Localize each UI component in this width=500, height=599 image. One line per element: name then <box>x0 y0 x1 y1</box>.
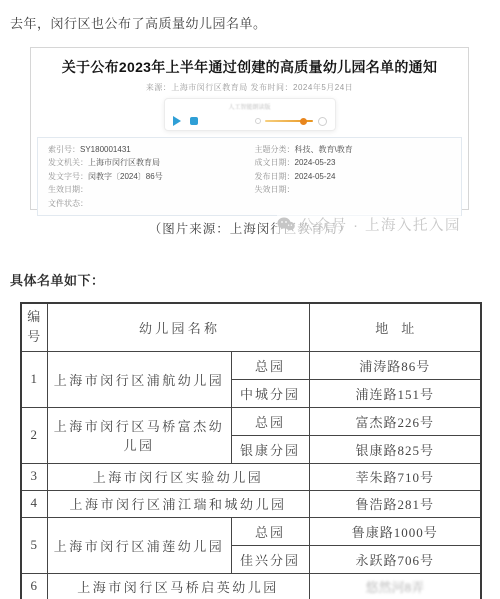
audio-slider[interactable] <box>255 117 327 126</box>
campus-address: 浦涛路86号 <box>309 351 481 379</box>
meta-label: 发文字号： <box>48 172 88 181</box>
meta-value: 科技、教育\教育 <box>295 145 353 154</box>
campus-label: 总园 <box>231 407 309 435</box>
meta-line: 生效日期： <box>48 183 255 196</box>
campus-address: 银康路825号 <box>309 435 481 463</box>
meta-line: 文件状态： <box>48 197 255 210</box>
kindergarten-name: 上海市闵行区浦江瑞和城幼儿园 <box>47 490 309 517</box>
campus-label: 中城分园 <box>231 379 309 407</box>
row-number: 4 <box>21 490 47 517</box>
row-number: 6 <box>21 573 47 599</box>
table-row: 3上海市闵行区实验幼儿园莘朱路710号 <box>21 463 481 490</box>
slider-track[interactable] <box>265 120 313 122</box>
table-row: 5上海市闵行区浦莲幼儿园总园鲁康路1000号 <box>21 517 481 545</box>
watermark-text: 公众号 · 上海入托入园 <box>300 214 461 235</box>
campus-label: 佳兴分园 <box>231 545 309 573</box>
document-meta-box: 索引号：SY180001431发文机关：上海市闵行区教育局发文字号：闵教字〔20… <box>37 137 462 216</box>
address: 莘朱路710号 <box>309 463 481 490</box>
play-icon[interactable] <box>173 116 181 126</box>
watermark: 公众号 · 上海入托入园 <box>277 214 461 235</box>
meta-label: 成文日期： <box>255 158 295 167</box>
meta-line: 索引号：SY180001431 <box>48 143 255 156</box>
slider-start-icon <box>255 118 261 124</box>
meta-label: 失效日期： <box>255 185 295 194</box>
stop-icon[interactable] <box>190 117 198 125</box>
loop-circle-icon[interactable] <box>318 117 327 126</box>
audio-player-controls <box>173 116 327 126</box>
meta-line: 发文字号：闵教字〔2024〕86号 <box>48 170 255 183</box>
row-number: 1 <box>21 351 47 407</box>
kindergarten-name: 上海市闵行区马桥启英幼儿园 <box>47 573 309 599</box>
meta-label: 索引号： <box>48 145 80 154</box>
meta-value: 2024-05-23 <box>295 158 336 167</box>
wechat-icon <box>277 217 295 232</box>
address: 鲁浩路281号 <box>309 490 481 517</box>
header-address: 地 址 <box>309 303 481 351</box>
notice-screenshot: 关于公布2023年上半年通过创建的高质量幼儿园名单的通知 来源：上海市闵行区教育… <box>30 47 469 210</box>
row-number: 2 <box>21 407 47 463</box>
notice-source-line: 来源：上海市闵行区教育局 发布时间：2024年5月24日 <box>31 82 468 93</box>
meta-value: SY180001431 <box>80 145 131 154</box>
meta-value: 2024-05-24 <box>295 172 336 181</box>
kindergarten-table-body: 编号 幼 儿 园 名 称 地 址 1上海市闵行区浦航幼儿园总园浦涛路86号中城分… <box>21 303 481 599</box>
meta-line: 发布日期：2024-05-24 <box>255 170 462 183</box>
row-number: 3 <box>21 463 47 490</box>
table-row: 2上海市闵行区马桥富杰幼儿园总园富杰路226号 <box>21 407 481 435</box>
meta-left-column: 索引号：SY180001431发文机关：上海市闵行区教育局发文字号：闵教字〔20… <box>48 143 255 210</box>
meta-line: 主题分类：科技、教育\教育 <box>255 143 462 156</box>
kindergarten-name: 上海市闵行区浦航幼儿园 <box>47 351 231 407</box>
meta-label: 生效日期： <box>48 185 88 194</box>
table-row: 6上海市闵行区马桥启英幼儿园悠然河8弄 <box>21 573 481 599</box>
meta-label: 发布日期： <box>255 172 295 181</box>
meta-label: 发文机关： <box>48 158 88 167</box>
kindergarten-table: 编号 幼 儿 园 名 称 地 址 1上海市闵行区浦航幼儿园总园浦涛路86号中城分… <box>20 302 482 599</box>
campus-address: 永跃路706号 <box>309 545 481 573</box>
campus-label: 银康分园 <box>231 435 309 463</box>
meta-label: 主题分类： <box>255 145 295 154</box>
kindergarten-name: 上海市闵行区浦莲幼儿园 <box>47 517 231 573</box>
campus-label: 总园 <box>231 517 309 545</box>
intro-text: 去年，闵行区也公布了高质量幼儿园名单。 <box>10 13 500 32</box>
meta-label: 文件状态： <box>48 199 88 208</box>
meta-right-column: 主题分类：科技、教育\教育成文日期：2024-05-23发布日期：2024-05… <box>255 143 462 210</box>
notice-title: 关于公布2023年上半年通过创建的高质量幼儿园名单的通知 <box>31 57 468 77</box>
kindergarten-name: 上海市闵行区实验幼儿园 <box>47 463 309 490</box>
meta-value: 闵教字〔2024〕86号 <box>88 172 163 181</box>
header-name: 幼 儿 园 名 称 <box>47 303 309 351</box>
audio-player: 人工智能朗读版 <box>164 98 336 131</box>
table-row: 1上海市闵行区浦航幼儿园总园浦涛路86号 <box>21 351 481 379</box>
meta-line: 成文日期：2024-05-23 <box>255 156 462 169</box>
kindergarten-name: 上海市闵行区马桥富杰幼儿园 <box>47 407 231 463</box>
list-heading: 具体名单如下： <box>10 270 500 289</box>
table-header-row: 编号 幼 儿 园 名 称 地 址 <box>21 303 481 351</box>
header-number: 编号 <box>21 303 47 351</box>
campus-address: 鲁康路1000号 <box>309 517 481 545</box>
row-number: 5 <box>21 517 47 573</box>
article-page: { "intro": "去年，闵行区也公布了高质量幼儿园名单。", "scree… <box>0 0 500 599</box>
meta-value: 上海市闵行区教育局 <box>88 158 160 167</box>
slider-knob[interactable] <box>300 118 307 125</box>
campus-address: 富杰路226号 <box>309 407 481 435</box>
audio-player-label: 人工智能朗读版 <box>173 102 327 111</box>
meta-line: 发文机关：上海市闵行区教育局 <box>48 156 255 169</box>
table-row: 4上海市闵行区浦江瑞和城幼儿园鲁浩路281号 <box>21 490 481 517</box>
meta-line: 失效日期： <box>255 183 462 196</box>
address: 悠然河8弄 <box>309 573 481 599</box>
campus-address: 浦连路151号 <box>309 379 481 407</box>
campus-label: 总园 <box>231 351 309 379</box>
